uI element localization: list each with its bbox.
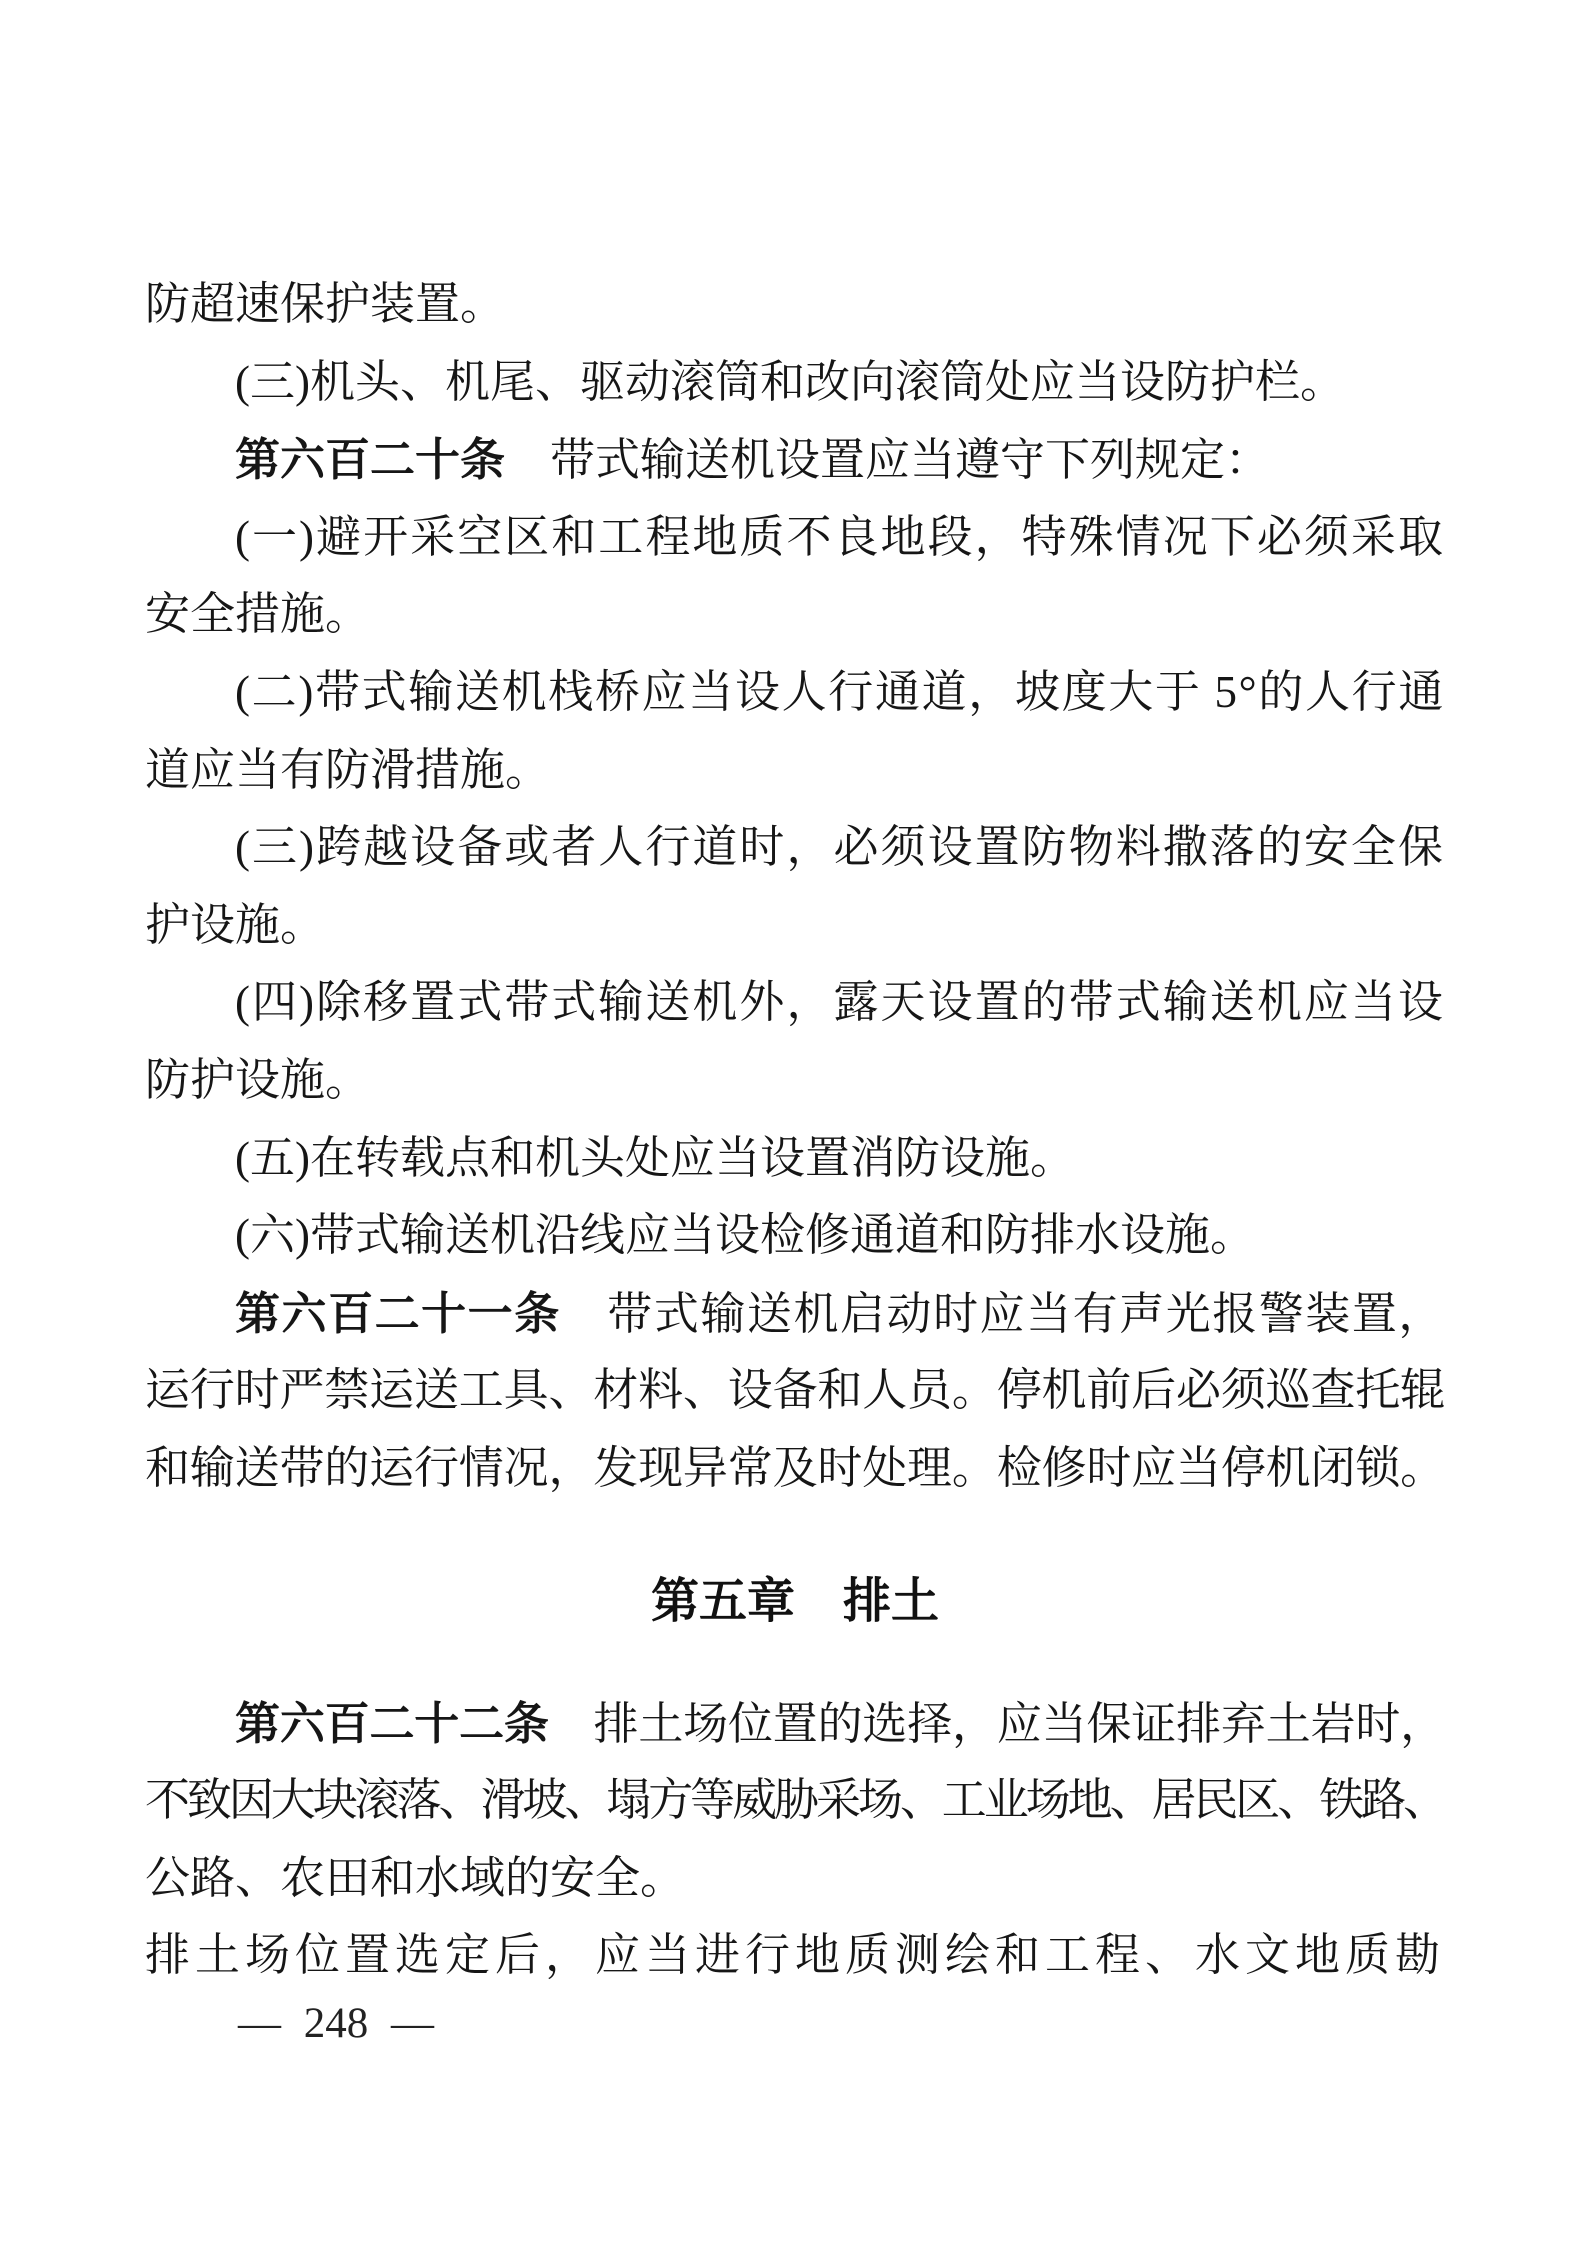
- text-segment: 和输送带的运行情况，发现异常及时处理。检修时应当停机闭锁。: [145, 1443, 1445, 1493]
- text-line-content: (五)在转载点和机头处应当设置消防设施。: [235, 1120, 1075, 1198]
- text-segment: 运行时严禁运送工具、材料、设备和人员。停机前后必须巡查托辊: [145, 1365, 1445, 1415]
- text-line-content: 护设施。: [145, 887, 325, 965]
- text-segment: 防护设施。: [145, 1055, 370, 1105]
- text-line: (四)除移置式带式输送机外，露天设置的带式输送机应当设: [145, 964, 1445, 1042]
- text-line-content: 公路、农田和水域的安全。: [145, 1840, 685, 1918]
- text-segment: (三)机头、机尾、驱动滚筒和改向滚筒处应当设防护栏。: [235, 357, 1345, 407]
- text-line: (二)带式输送机栈桥应当设人行通道，坡度大于 5°的人行通: [145, 654, 1445, 732]
- article-number: 第六百二十二条: [235, 1698, 549, 1749]
- article-number: 第六百二十条: [235, 434, 505, 485]
- text-line: 排土场位置选定后，应当进行地质测绘和工程、水文地质勘: [145, 1917, 1445, 1995]
- text-line-content: (一)避开采空区和工程地质不良地段，特殊情况下必须采取: [235, 499, 1445, 577]
- text-line-content: 道应当有防滑措施。: [145, 732, 550, 810]
- text-line-content: (四)除移置式带式输送机外，露天设置的带式输送机应当设: [235, 964, 1445, 1042]
- text-line: (三)机头、机尾、驱动滚筒和改向滚筒处应当设防护栏。: [145, 344, 1445, 422]
- text-segment: (五)在转载点和机头处应当设置消防设施。: [235, 1133, 1075, 1183]
- text-segment: 排土场位置的选择，应当保证排弃土岩时，: [549, 1699, 1445, 1749]
- text-line: 防护设施。: [145, 1042, 1445, 1120]
- text-line: 第六百二十一条 带式输送机启动时应当有声光报警装置，: [145, 1275, 1445, 1353]
- text-line: 和输送带的运行情况，发现异常及时处理。检修时应当停机闭锁。: [145, 1430, 1445, 1508]
- text-line: 公路、农田和水域的安全。: [145, 1840, 1445, 1918]
- text-segment: (六)带式输送机沿线应当设检修通道和防排水设施。: [235, 1210, 1255, 1260]
- text-segment: 公路、农田和水域的安全。: [145, 1853, 685, 1903]
- text-segment: 安全措施。: [145, 589, 370, 639]
- text-line: 不致因大块滚落、滑坡、塌方等威胁采场、工业场地、居民区、铁路、: [145, 1762, 1445, 1840]
- text-line: (三)跨越设备或者人行道时，必须设置防物料撒落的安全保: [145, 809, 1445, 887]
- text-line: 第六百二十条 带式输送机设置应当遵守下列规定：: [145, 421, 1445, 499]
- text-line: 道应当有防滑措施。: [145, 732, 1445, 810]
- text-segment: (三)跨越设备或者人行道时，必须设置防物料撒落的安全保: [235, 822, 1445, 872]
- text-line-content: 和输送带的运行情况，发现异常及时处理。检修时应当停机闭锁。: [145, 1430, 1445, 1508]
- text-segment: (一)避开采空区和工程地质不良地段，特殊情况下必须采取: [235, 512, 1445, 562]
- text-line: (一)避开采空区和工程地质不良地段，特殊情况下必须采取: [145, 499, 1445, 577]
- text-line-content: 第六百二十条 带式输送机设置应当遵守下列规定：: [235, 421, 1270, 500]
- text-line-content: 不致因大块滚落、滑坡、塌方等威胁采场、工业场地、居民区、铁路、: [145, 1762, 1445, 1840]
- text-segment: (二)带式输送机栈桥应当设人行通道，坡度大于 5°的人行通: [235, 667, 1445, 717]
- text-line-content: 安全措施。: [145, 576, 370, 654]
- text-line: 防超速保护装置。: [145, 266, 1445, 344]
- text-line-content: 第六百二十二条 排土场位置的选择，应当保证排弃土岩时，: [235, 1685, 1445, 1764]
- text-line-content: 排土场位置选定后，应当进行地质测绘和工程、水文地质勘: [145, 1917, 1445, 1995]
- page: 防超速保护装置。(三)机头、机尾、驱动滚筒和改向滚筒处应当设防护栏。第六百二十条…: [0, 0, 1587, 2245]
- paragraph-lines-bottom: 第六百二十二条 排土场位置的选择，应当保证排弃土岩时，不致因大块滚落、滑坡、塌方…: [145, 1685, 1445, 1995]
- text-segment: (四)除移置式带式输送机外，露天设置的带式输送机应当设: [235, 977, 1445, 1027]
- text-line-content: (三)跨越设备或者人行道时，必须设置防物料撒落的安全保: [235, 809, 1445, 887]
- text-column: 防超速保护装置。(三)机头、机尾、驱动滚筒和改向滚筒处应当设防护栏。第六百二十条…: [145, 266, 1445, 1995]
- chapter-heading: 第五章 排土: [145, 1571, 1445, 1633]
- text-line-content: 运行时严禁运送工具、材料、设备和人员。停机前后必须巡查托辊: [145, 1352, 1445, 1430]
- text-line-content: 防超速保护装置。: [145, 266, 505, 344]
- text-line-content: (三)机头、机尾、驱动滚筒和改向滚筒处应当设防护栏。: [235, 344, 1345, 422]
- text-line: 第六百二十二条 排土场位置的选择，应当保证排弃土岩时，: [145, 1685, 1445, 1763]
- text-segment: 带式输送机启动时应当有声光报警装置，: [561, 1289, 1445, 1339]
- text-segment: 不致因大块滚落、滑坡、塌方等威胁采场、工业场地、居民区、铁路、: [145, 1775, 1445, 1825]
- text-segment: 防超速保护装置。: [145, 279, 505, 329]
- text-segment: 道应当有防滑措施。: [145, 745, 550, 795]
- text-line: 安全措施。: [145, 576, 1445, 654]
- text-line: (五)在转载点和机头处应当设置消防设施。: [145, 1120, 1445, 1198]
- text-line: 护设施。: [145, 887, 1445, 965]
- paragraph-lines-top: 防超速保护装置。(三)机头、机尾、驱动滚筒和改向滚筒处应当设防护栏。第六百二十条…: [145, 266, 1445, 1508]
- text-line-content: (六)带式输送机沿线应当设检修通道和防排水设施。: [235, 1197, 1255, 1275]
- text-line: 运行时严禁运送工具、材料、设备和人员。停机前后必须巡查托辊: [145, 1352, 1445, 1430]
- text-segment: 带式输送机设置应当遵守下列规定：: [505, 435, 1270, 485]
- text-line-content: (二)带式输送机栈桥应当设人行通道，坡度大于 5°的人行通: [235, 654, 1445, 732]
- text-line: (六)带式输送机沿线应当设检修通道和防排水设施。: [145, 1197, 1445, 1275]
- text-line-content: 防护设施。: [145, 1042, 370, 1120]
- article-number: 第六百二十一条: [235, 1288, 561, 1339]
- text-line-content: 第六百二十一条 带式输送机启动时应当有声光报警装置，: [235, 1275, 1445, 1354]
- page-number: — 248 —: [238, 2000, 434, 2048]
- text-segment: 排土场位置选定后，应当进行地质测绘和工程、水文地质勘: [145, 1930, 1445, 1980]
- text-segment: 护设施。: [145, 900, 325, 950]
